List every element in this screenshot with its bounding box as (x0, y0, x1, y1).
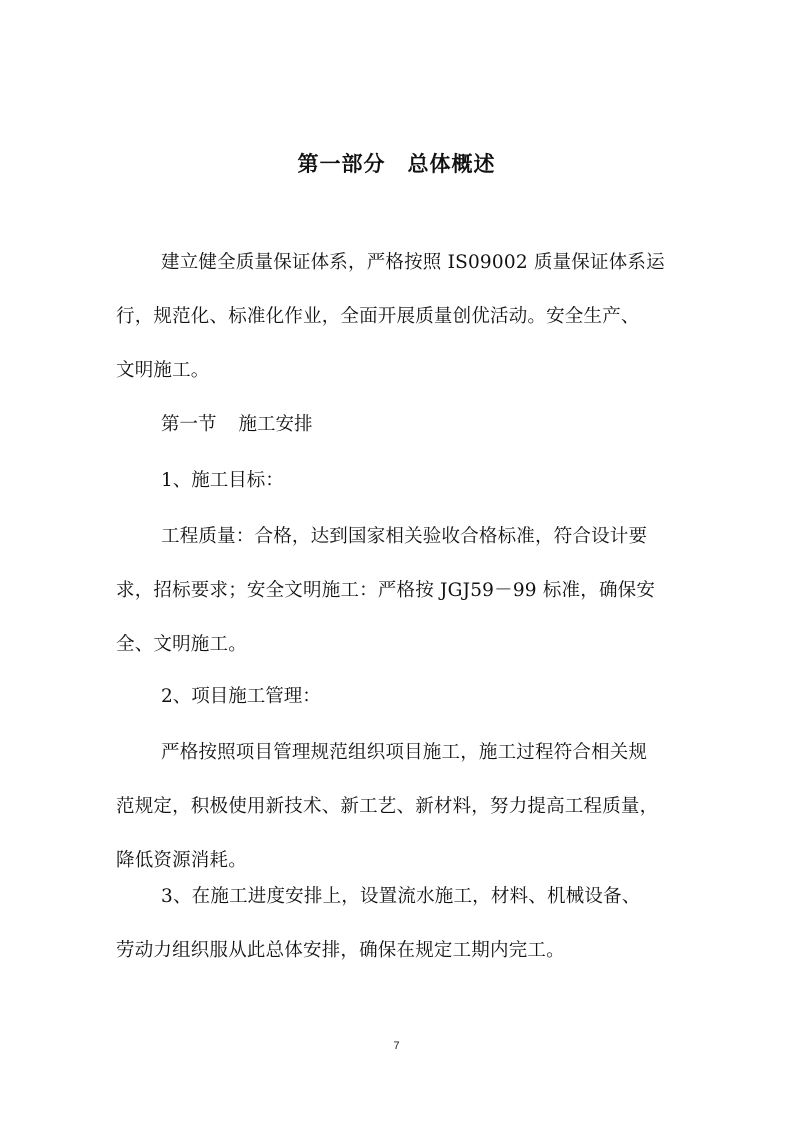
text-line: 劳动力组织服从此总体安排，确保在规定工期内完工。 (116, 924, 686, 978)
text-line: 行，规范化、标准化作业，全面开展质量创优活动。安全生产、 (116, 290, 686, 344)
item-heading-1: 1、施工目标： (161, 466, 284, 492)
management-paragraph: 严格按照项目管理规范组织项目施工，施工过程符合相关规 范规定，积极使用新技术、新… (116, 726, 686, 888)
title-part: 第一部分 (298, 152, 386, 176)
section-number: 第一节 (161, 414, 217, 435)
page-number: 7 (0, 1040, 793, 1052)
intro-paragraph: 建立健全质量保证体系，严格按照 IS09002 质量保证体系运 行，规范化、标准… (116, 236, 686, 398)
item-heading-2: 2、项目施工管理： (161, 682, 321, 708)
text-line: 严格按照项目管理规范组织项目施工，施工过程符合相关规 (116, 726, 686, 780)
text-line: 求，招标要求；安全文明施工：严格按 JGJ59－99 标准，确保安 (116, 564, 686, 618)
schedule-paragraph: 3、在施工进度安排上，设置流水施工，材料、机械设备、 劳动力组织服从此总体安排，… (116, 870, 686, 978)
text-line: 范规定，积极使用新技术、新工艺、新材料，努力提高工程质量， (116, 780, 686, 834)
quality-paragraph: 工程质量：合格，达到国家相关验收合格标准，符合设计要 求，招标要求；安全文明施工… (116, 510, 686, 672)
text-line: 3、在施工进度安排上，设置流水施工，材料、机械设备、 (116, 870, 686, 924)
text-line: 工程质量：合格，达到国家相关验收合格标准，符合设计要 (116, 510, 686, 564)
text-line: 建立健全质量保证体系，严格按照 IS09002 质量保证体系运 (116, 236, 686, 290)
title-name: 总体概述 (408, 152, 496, 176)
text-line: 全、文明施工。 (116, 618, 686, 672)
section-name: 施工安排 (239, 414, 313, 435)
section-heading: 第一节施工安排 (161, 410, 313, 436)
text-line: 文明施工。 (116, 344, 686, 398)
page-title: 第一部分总体概述 (0, 148, 793, 178)
